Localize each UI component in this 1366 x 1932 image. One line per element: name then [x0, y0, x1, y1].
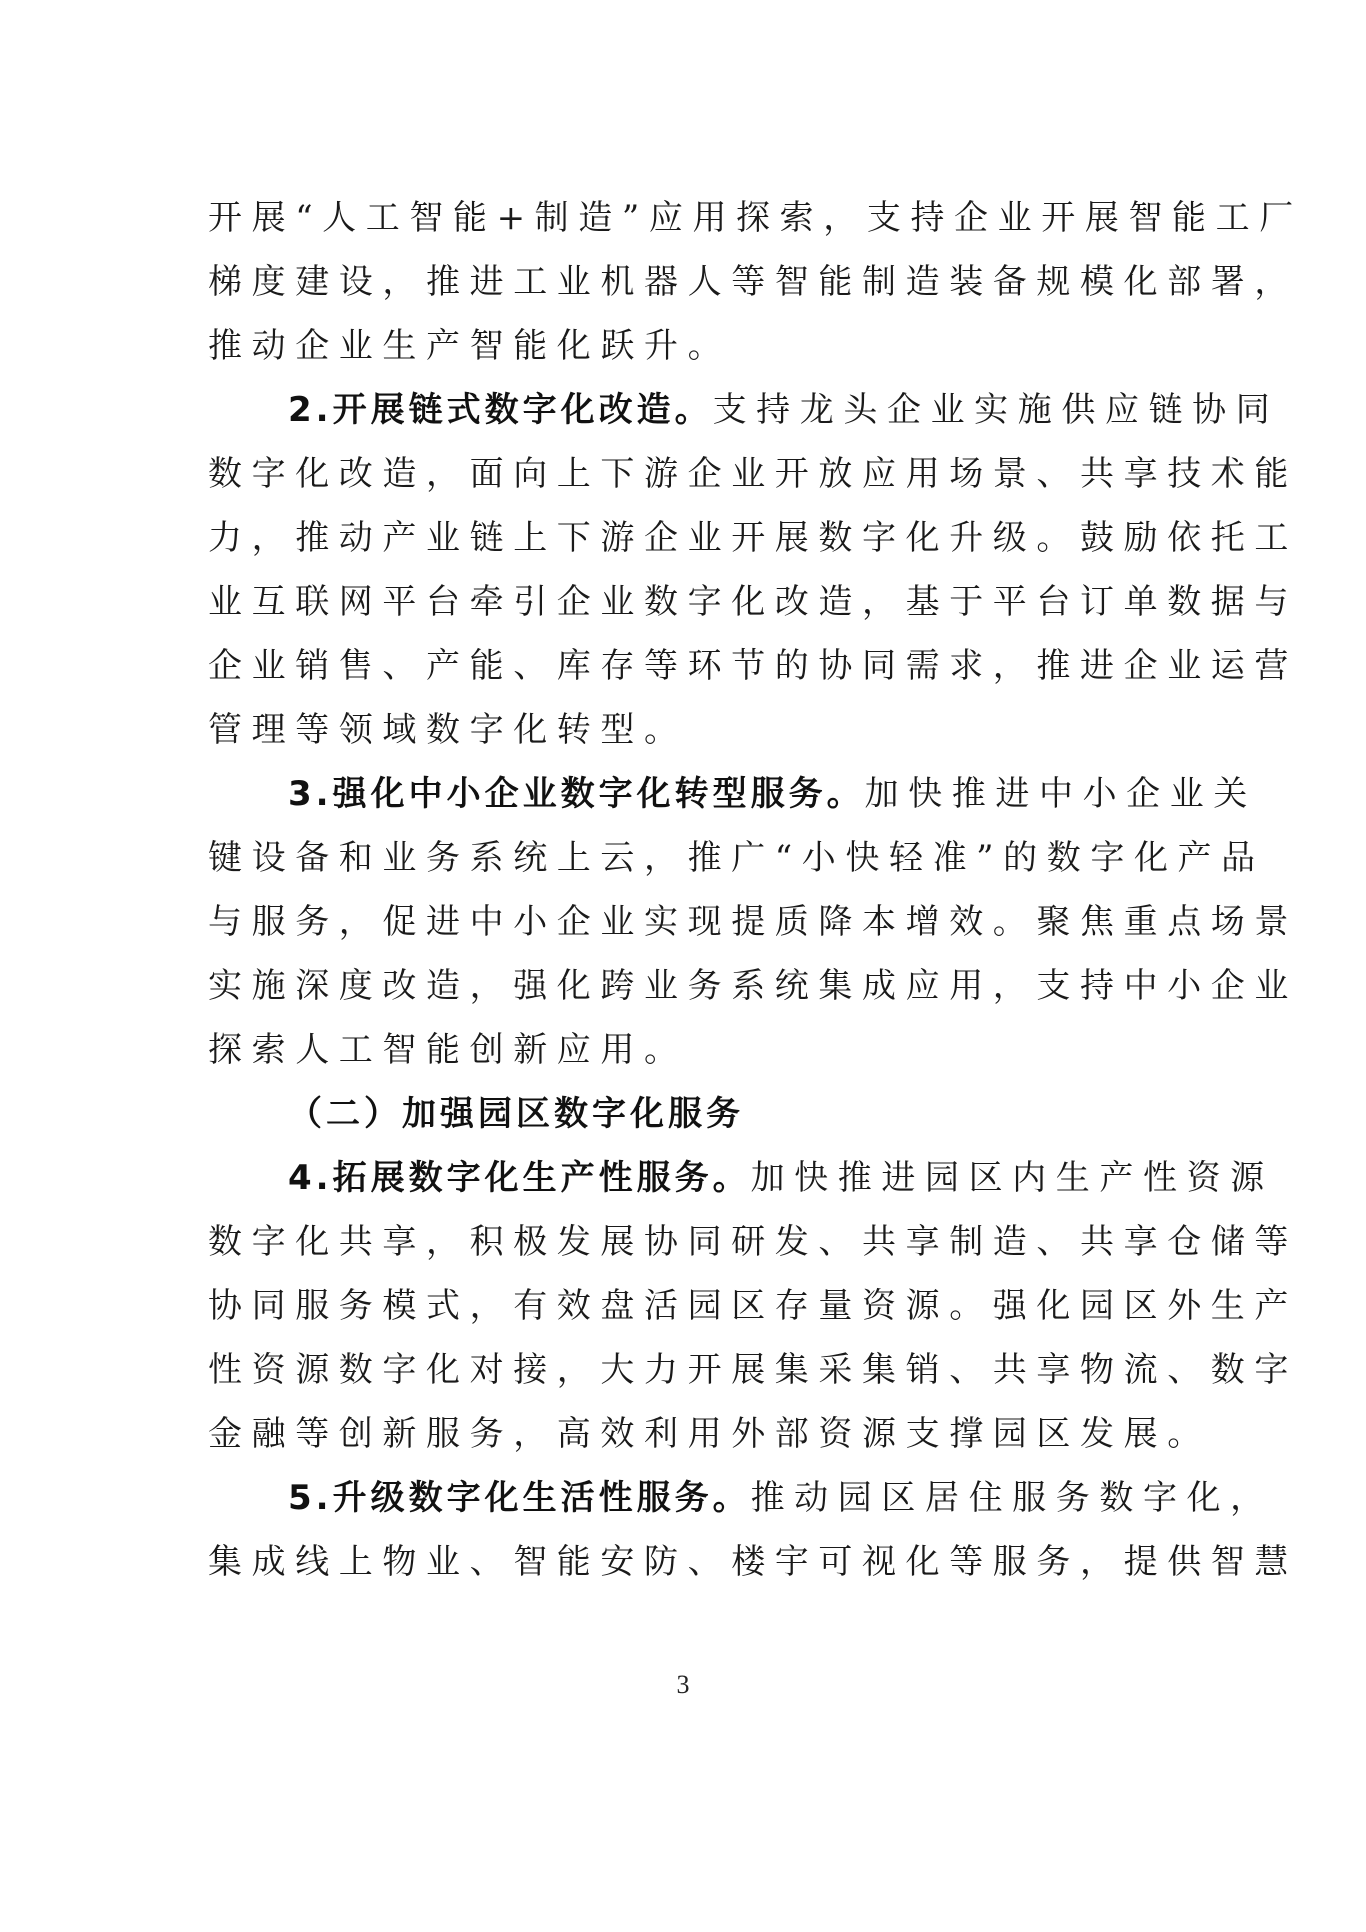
text-line: 3.强化中小企业数字化转型服务。加快推进中小企业关: [208, 762, 1164, 826]
paragraph-item-4: 4.拓展数字化生产性服务。加快推进园区内生产性资源 数字化共享，积极发展协同研发…: [208, 1146, 1164, 1466]
document-body: 开展“人工智能+制造”应用探索，支持企业开展智能工厂 梯度建设，推进工业机器人等…: [208, 186, 1164, 1594]
text-line: 键设备和业务系统上云，推广“小快轻准”的数字化产品: [208, 826, 1164, 890]
text-line: 性资源数字化对接，大力开展集采集销、共享物流、数字: [208, 1338, 1164, 1402]
section-heading-text: （二）加强园区数字化服务: [288, 1082, 1164, 1146]
paragraph-continuation: 开展“人工智能+制造”应用探索，支持企业开展智能工厂 梯度建设，推进工业机器人等…: [208, 186, 1164, 378]
text-line: 数字化共享，积极发展协同研发、共享制造、共享仓储等: [208, 1210, 1164, 1274]
text-line: 4.拓展数字化生产性服务。加快推进园区内生产性资源: [208, 1146, 1164, 1210]
text-line: 业互联网平台牵引企业数字化改造，基于平台订单数据与: [208, 570, 1164, 634]
text-line: 实施深度改造，强化跨业务系统集成应用，支持中小企业: [208, 954, 1164, 1018]
item-title: 3.强化中小企业数字化转型服务。: [288, 774, 865, 814]
text-line: 梯度建设，推进工业机器人等智能制造装备规模化部署，: [208, 250, 1164, 314]
page-number: 3: [0, 1670, 1366, 1700]
paragraph-item-2: 2.开展链式数字化改造。支持龙头企业实施供应链协同 数字化改造，面向上下游企业开…: [208, 378, 1164, 762]
item-title: 4.拓展数字化生产性服务。: [288, 1158, 751, 1198]
text-line: 与服务，促进中小企业实现提质降本增效。聚焦重点场景: [208, 890, 1164, 954]
text-line: 协同服务模式，有效盘活园区存量资源。强化园区外生产: [208, 1274, 1164, 1338]
item-text: 支持龙头企业实施供应链协同: [713, 390, 1280, 430]
text-line: 5.升级数字化生活性服务。推动园区居住服务数字化，: [208, 1466, 1164, 1530]
text-line: 推动企业生产智能化跃升。: [208, 314, 1164, 378]
paragraph-item-3: 3.强化中小企业数字化转型服务。加快推进中小企业关 键设备和业务系统上云，推广“…: [208, 762, 1164, 1082]
document-page: 开展“人工智能+制造”应用探索，支持企业开展智能工厂 梯度建设，推进工业机器人等…: [0, 0, 1366, 1932]
text-line: 集成线上物业、智能安防、楼宇可视化等服务，提供智慧: [208, 1530, 1164, 1594]
text-line: 管理等领域数字化转型。: [208, 698, 1164, 762]
text-line: 数字化改造，面向上下游企业开放应用场景、共享技术能: [208, 442, 1164, 506]
item-text: 推动园区居住服务数字化，: [751, 1478, 1274, 1518]
text-line: 探索人工智能创新应用。: [208, 1018, 1164, 1082]
item-text: 加快推进园区内生产性资源: [751, 1158, 1274, 1198]
paragraph-item-5: 5.升级数字化生活性服务。推动园区居住服务数字化， 集成线上物业、智能安防、楼宇…: [208, 1466, 1164, 1594]
text-line: 开展“人工智能+制造”应用探索，支持企业开展智能工厂: [208, 186, 1164, 250]
text-line: 2.开展链式数字化改造。支持龙头企业实施供应链协同: [208, 378, 1164, 442]
text-line: 企业销售、产能、库存等环节的协同需求，推进企业运营: [208, 634, 1164, 698]
text-line: 力，推动产业链上下游企业开展数字化升级。鼓励依托工: [208, 506, 1164, 570]
item-text: 加快推进中小企业关: [865, 774, 1257, 814]
text-line: 金融等创新服务，高效利用外部资源支撑园区发展。: [208, 1402, 1164, 1466]
section-heading: （二）加强园区数字化服务: [208, 1082, 1164, 1146]
item-title: 5.升级数字化生活性服务。: [288, 1478, 751, 1518]
item-title: 2.开展链式数字化改造。: [288, 390, 713, 430]
